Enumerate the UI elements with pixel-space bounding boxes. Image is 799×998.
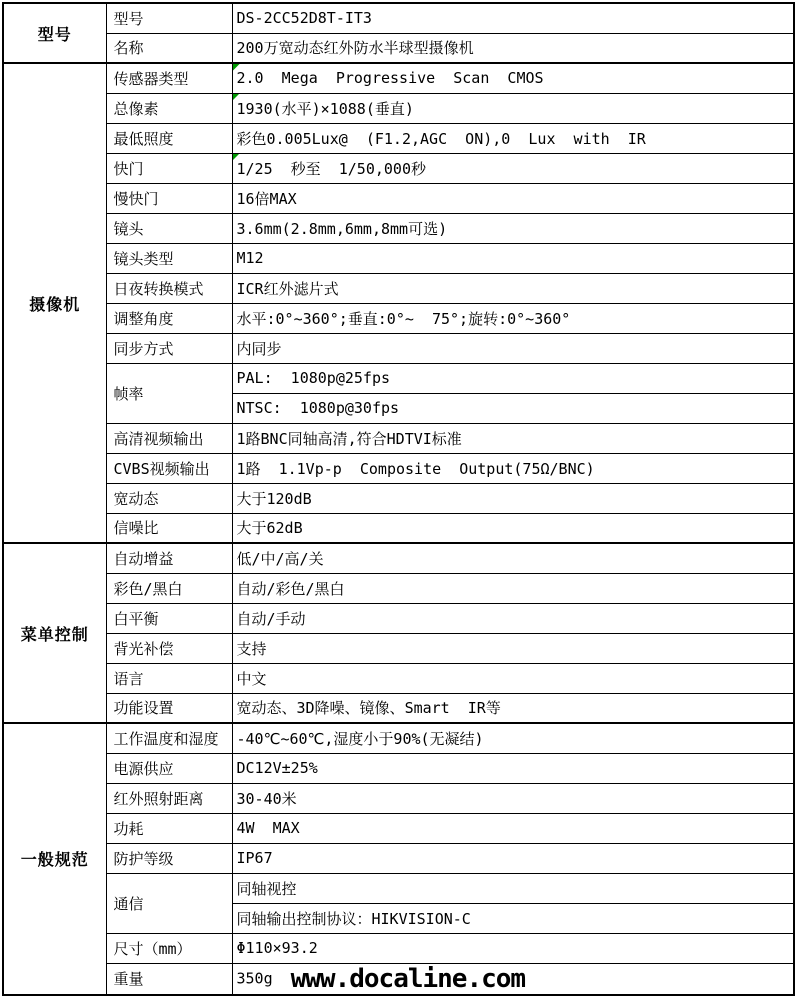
value-cell: 3.6mm(2.8mm,6mm,8mm可选) — [232, 213, 794, 243]
table-row: 语言中文 — [3, 663, 794, 693]
table-row: CVBS视频输出1路 1.1Vp-p Composite Output(75Ω/… — [3, 453, 794, 483]
table-row: 红外照射距离30-40米 — [3, 783, 794, 813]
value-text: -40℃~60℃,湿度小于90%(无凝结) — [237, 730, 484, 748]
table-row: 总像素1930(水平)×1088(垂直) — [3, 93, 794, 123]
param-cell: 日夜转换模式 — [106, 273, 232, 303]
table-row: 重量350gwww.docaline.com — [3, 963, 794, 995]
param-cell: 镜头类型 — [106, 243, 232, 273]
param-cell: 工作温度和湿度 — [106, 723, 232, 753]
spec-table-body: 型号型号DS-2CC52D8T-IT3名称200万宽动态红外防水半球型摄像机摄像… — [3, 3, 794, 995]
param-cell: 防护等级 — [106, 843, 232, 873]
value-text: M12 — [237, 249, 264, 267]
param-cell: CVBS视频输出 — [106, 453, 232, 483]
value-text: 16倍MAX — [237, 190, 297, 208]
table-row: 信噪比大于62dB — [3, 513, 794, 543]
value-cell: 大于120dB — [232, 483, 794, 513]
table-row: 镜头3.6mm(2.8mm,6mm,8mm可选) — [3, 213, 794, 243]
section-3-category: 一般规范 — [3, 723, 106, 995]
param-cell: 彩色/黑白 — [106, 573, 232, 603]
value-text: 1路 1.1Vp-p Composite Output(75Ω/BNC) — [237, 460, 595, 478]
value-cell: 16倍MAX — [232, 183, 794, 213]
value-cell: 30-40米 — [232, 783, 794, 813]
value-cell: 中文 — [232, 663, 794, 693]
value-cell: DC12V±25% — [232, 753, 794, 783]
param-cell: 慢快门 — [106, 183, 232, 213]
param-cell: 帧率 — [106, 363, 232, 423]
value-text: 同轴输出控制协议：HIKVISION-C — [237, 910, 471, 928]
param-cell: 信噪比 — [106, 513, 232, 543]
table-row: 一般规范工作温度和湿度-40℃~60℃,湿度小于90%(无凝结) — [3, 723, 794, 753]
value-cell: 4W MAX — [232, 813, 794, 843]
param-cell: 名称 — [106, 33, 232, 63]
value-cell: 1930(水平)×1088(垂直) — [232, 93, 794, 123]
value-text: 中文 — [237, 670, 267, 688]
value-cell: 支持 — [232, 633, 794, 663]
param-cell: 快门 — [106, 153, 232, 183]
value-cell: PAL: 1080p@25fps — [232, 363, 794, 393]
param-cell: 背光补偿 — [106, 633, 232, 663]
value-text: 彩色0.005Lux@ (F1.2,AGC ON),0 Lux with IR — [237, 130, 646, 148]
value-text: 支持 — [237, 640, 267, 658]
table-row: 背光补偿支持 — [3, 633, 794, 663]
table-row: 型号型号DS-2CC52D8T-IT3 — [3, 3, 794, 33]
param-cell: 调整角度 — [106, 303, 232, 333]
value-text: 2.0 Mega Progressive Scan CMOS — [237, 69, 544, 87]
value-cell: Φ110×93.2 — [232, 933, 794, 963]
table-row: 快门1/25 秒至 1/50,000秒 — [3, 153, 794, 183]
table-row: 慢快门16倍MAX — [3, 183, 794, 213]
value-text: 自动/手动 — [237, 610, 306, 628]
value-cell: -40℃~60℃,湿度小于90%(无凝结) — [232, 723, 794, 753]
value-cell: 350gwww.docaline.com — [232, 963, 794, 995]
value-text: 自动/彩色/黑白 — [237, 580, 345, 598]
value-text: 200万宽动态红外防水半球型摄像机 — [237, 39, 474, 57]
table-row: 名称200万宽动态红外防水半球型摄像机 — [3, 33, 794, 63]
table-row: 摄像机传感器类型2.0 Mega Progressive Scan CMOS — [3, 63, 794, 93]
table-row: 彩色/黑白自动/彩色/黑白 — [3, 573, 794, 603]
table-row: 调整角度水平:0°~360°;垂直:0°~ 75°;旋转:0°~360° — [3, 303, 794, 333]
param-cell: 高清视频输出 — [106, 423, 232, 453]
value-cell: 内同步 — [232, 333, 794, 363]
value-cell: 1路BNC同轴高清,符合HDTVI标准 — [232, 423, 794, 453]
value-text: 4W MAX — [237, 819, 300, 837]
param-cell: 功耗 — [106, 813, 232, 843]
spec-sheet: 型号型号DS-2CC52D8T-IT3名称200万宽动态红外防水半球型摄像机摄像… — [0, 0, 799, 998]
param-cell: 电源供应 — [106, 753, 232, 783]
value-cell: DS-2CC52D8T-IT3 — [232, 3, 794, 33]
param-cell: 重量 — [106, 963, 232, 995]
section-1-category: 摄像机 — [3, 63, 106, 543]
table-row: 防护等级IP67 — [3, 843, 794, 873]
value-cell: 同轴输出控制协议：HIKVISION-C — [232, 903, 794, 933]
table-row: 电源供应DC12V±25% — [3, 753, 794, 783]
value-cell: 自动/手动 — [232, 603, 794, 633]
value-cell: 宽动态、3D降噪、镜像、Smart IR等 — [232, 693, 794, 723]
param-cell: 同步方式 — [106, 333, 232, 363]
table-row: 尺寸（mm）Φ110×93.2 — [3, 933, 794, 963]
value-cell: 同轴视控 — [232, 873, 794, 903]
value-text: DC12V±25% — [237, 759, 318, 777]
value-cell: 200万宽动态红外防水半球型摄像机 — [232, 33, 794, 63]
table-row: 白平衡自动/手动 — [3, 603, 794, 633]
value-text: 内同步 — [237, 340, 282, 358]
value-text: 宽动态、3D降噪、镜像、Smart IR等 — [237, 699, 501, 717]
value-cell: M12 — [232, 243, 794, 273]
param-cell: 红外照射距离 — [106, 783, 232, 813]
param-cell: 语言 — [106, 663, 232, 693]
table-row: 菜单控制自动增益低/中/高/关 — [3, 543, 794, 573]
value-text: 1930(水平)×1088(垂直) — [237, 100, 414, 118]
table-row: 高清视频输出1路BNC同轴高清,符合HDTVI标准 — [3, 423, 794, 453]
value-text: ICR红外滤片式 — [237, 280, 339, 298]
value-text: 30-40米 — [237, 790, 297, 808]
value-text: NTSC: 1080p@30fps — [237, 399, 400, 417]
table-row: 宽动态大于120dB — [3, 483, 794, 513]
value-cell: 水平:0°~360°;垂直:0°~ 75°;旋转:0°~360° — [232, 303, 794, 333]
value-cell: ICR红外滤片式 — [232, 273, 794, 303]
value-cell: 彩色0.005Lux@ (F1.2,AGC ON),0 Lux with IR — [232, 123, 794, 153]
section-0-category: 型号 — [3, 3, 106, 63]
param-cell: 传感器类型 — [106, 63, 232, 93]
param-cell: 尺寸（mm） — [106, 933, 232, 963]
table-row: 功能设置宽动态、3D降噪、镜像、Smart IR等 — [3, 693, 794, 723]
value-cell: 2.0 Mega Progressive Scan CMOS — [232, 63, 794, 93]
value-cell: 低/中/高/关 — [232, 543, 794, 573]
value-text: 水平:0°~360°;垂直:0°~ 75°;旋转:0°~360° — [237, 310, 571, 328]
value-cell: 1/25 秒至 1/50,000秒 — [232, 153, 794, 183]
table-row: 日夜转换模式ICR红外滤片式 — [3, 273, 794, 303]
value-cell: 大于62dB — [232, 513, 794, 543]
value-text: 1路BNC同轴高清,符合HDTVI标准 — [237, 430, 462, 448]
value-text: 350g — [237, 969, 273, 987]
value-text: Φ110×93.2 — [237, 939, 318, 957]
value-cell: IP67 — [232, 843, 794, 873]
table-row: 通信同轴视控 — [3, 873, 794, 903]
param-cell: 最低照度 — [106, 123, 232, 153]
table-row: 功耗4W MAX — [3, 813, 794, 843]
param-cell: 自动增益 — [106, 543, 232, 573]
param-cell: 功能设置 — [106, 693, 232, 723]
value-text: PAL: 1080p@25fps — [237, 369, 391, 387]
param-cell: 型号 — [106, 3, 232, 33]
table-row: 同步方式内同步 — [3, 333, 794, 363]
value-text: 大于120dB — [237, 490, 312, 508]
value-text: 同轴视控 — [237, 880, 297, 898]
value-text: DS-2CC52D8T-IT3 — [237, 9, 372, 27]
table-row: 镜头类型M12 — [3, 243, 794, 273]
table-row: 最低照度彩色0.005Lux@ (F1.2,AGC ON),0 Lux with… — [3, 123, 794, 153]
param-cell: 镜头 — [106, 213, 232, 243]
value-cell: NTSC: 1080p@30fps — [232, 393, 794, 423]
value-text: 大于62dB — [237, 519, 303, 537]
param-cell: 宽动态 — [106, 483, 232, 513]
spec-table: 型号型号DS-2CC52D8T-IT3名称200万宽动态红外防水半球型摄像机摄像… — [2, 2, 795, 996]
value-text: IP67 — [237, 849, 273, 867]
section-2-category: 菜单控制 — [3, 543, 106, 723]
value-cell: 自动/彩色/黑白 — [232, 573, 794, 603]
value-text: 低/中/高/关 — [237, 550, 324, 568]
param-cell: 白平衡 — [106, 603, 232, 633]
watermark: www.docaline.com — [291, 964, 525, 994]
param-cell: 总像素 — [106, 93, 232, 123]
value-text: 1/25 秒至 1/50,000秒 — [237, 160, 427, 178]
table-row: 帧率PAL: 1080p@25fps — [3, 363, 794, 393]
param-cell: 通信 — [106, 873, 232, 933]
value-text: 3.6mm(2.8mm,6mm,8mm可选) — [237, 220, 448, 238]
value-cell: 1路 1.1Vp-p Composite Output(75Ω/BNC) — [232, 453, 794, 483]
